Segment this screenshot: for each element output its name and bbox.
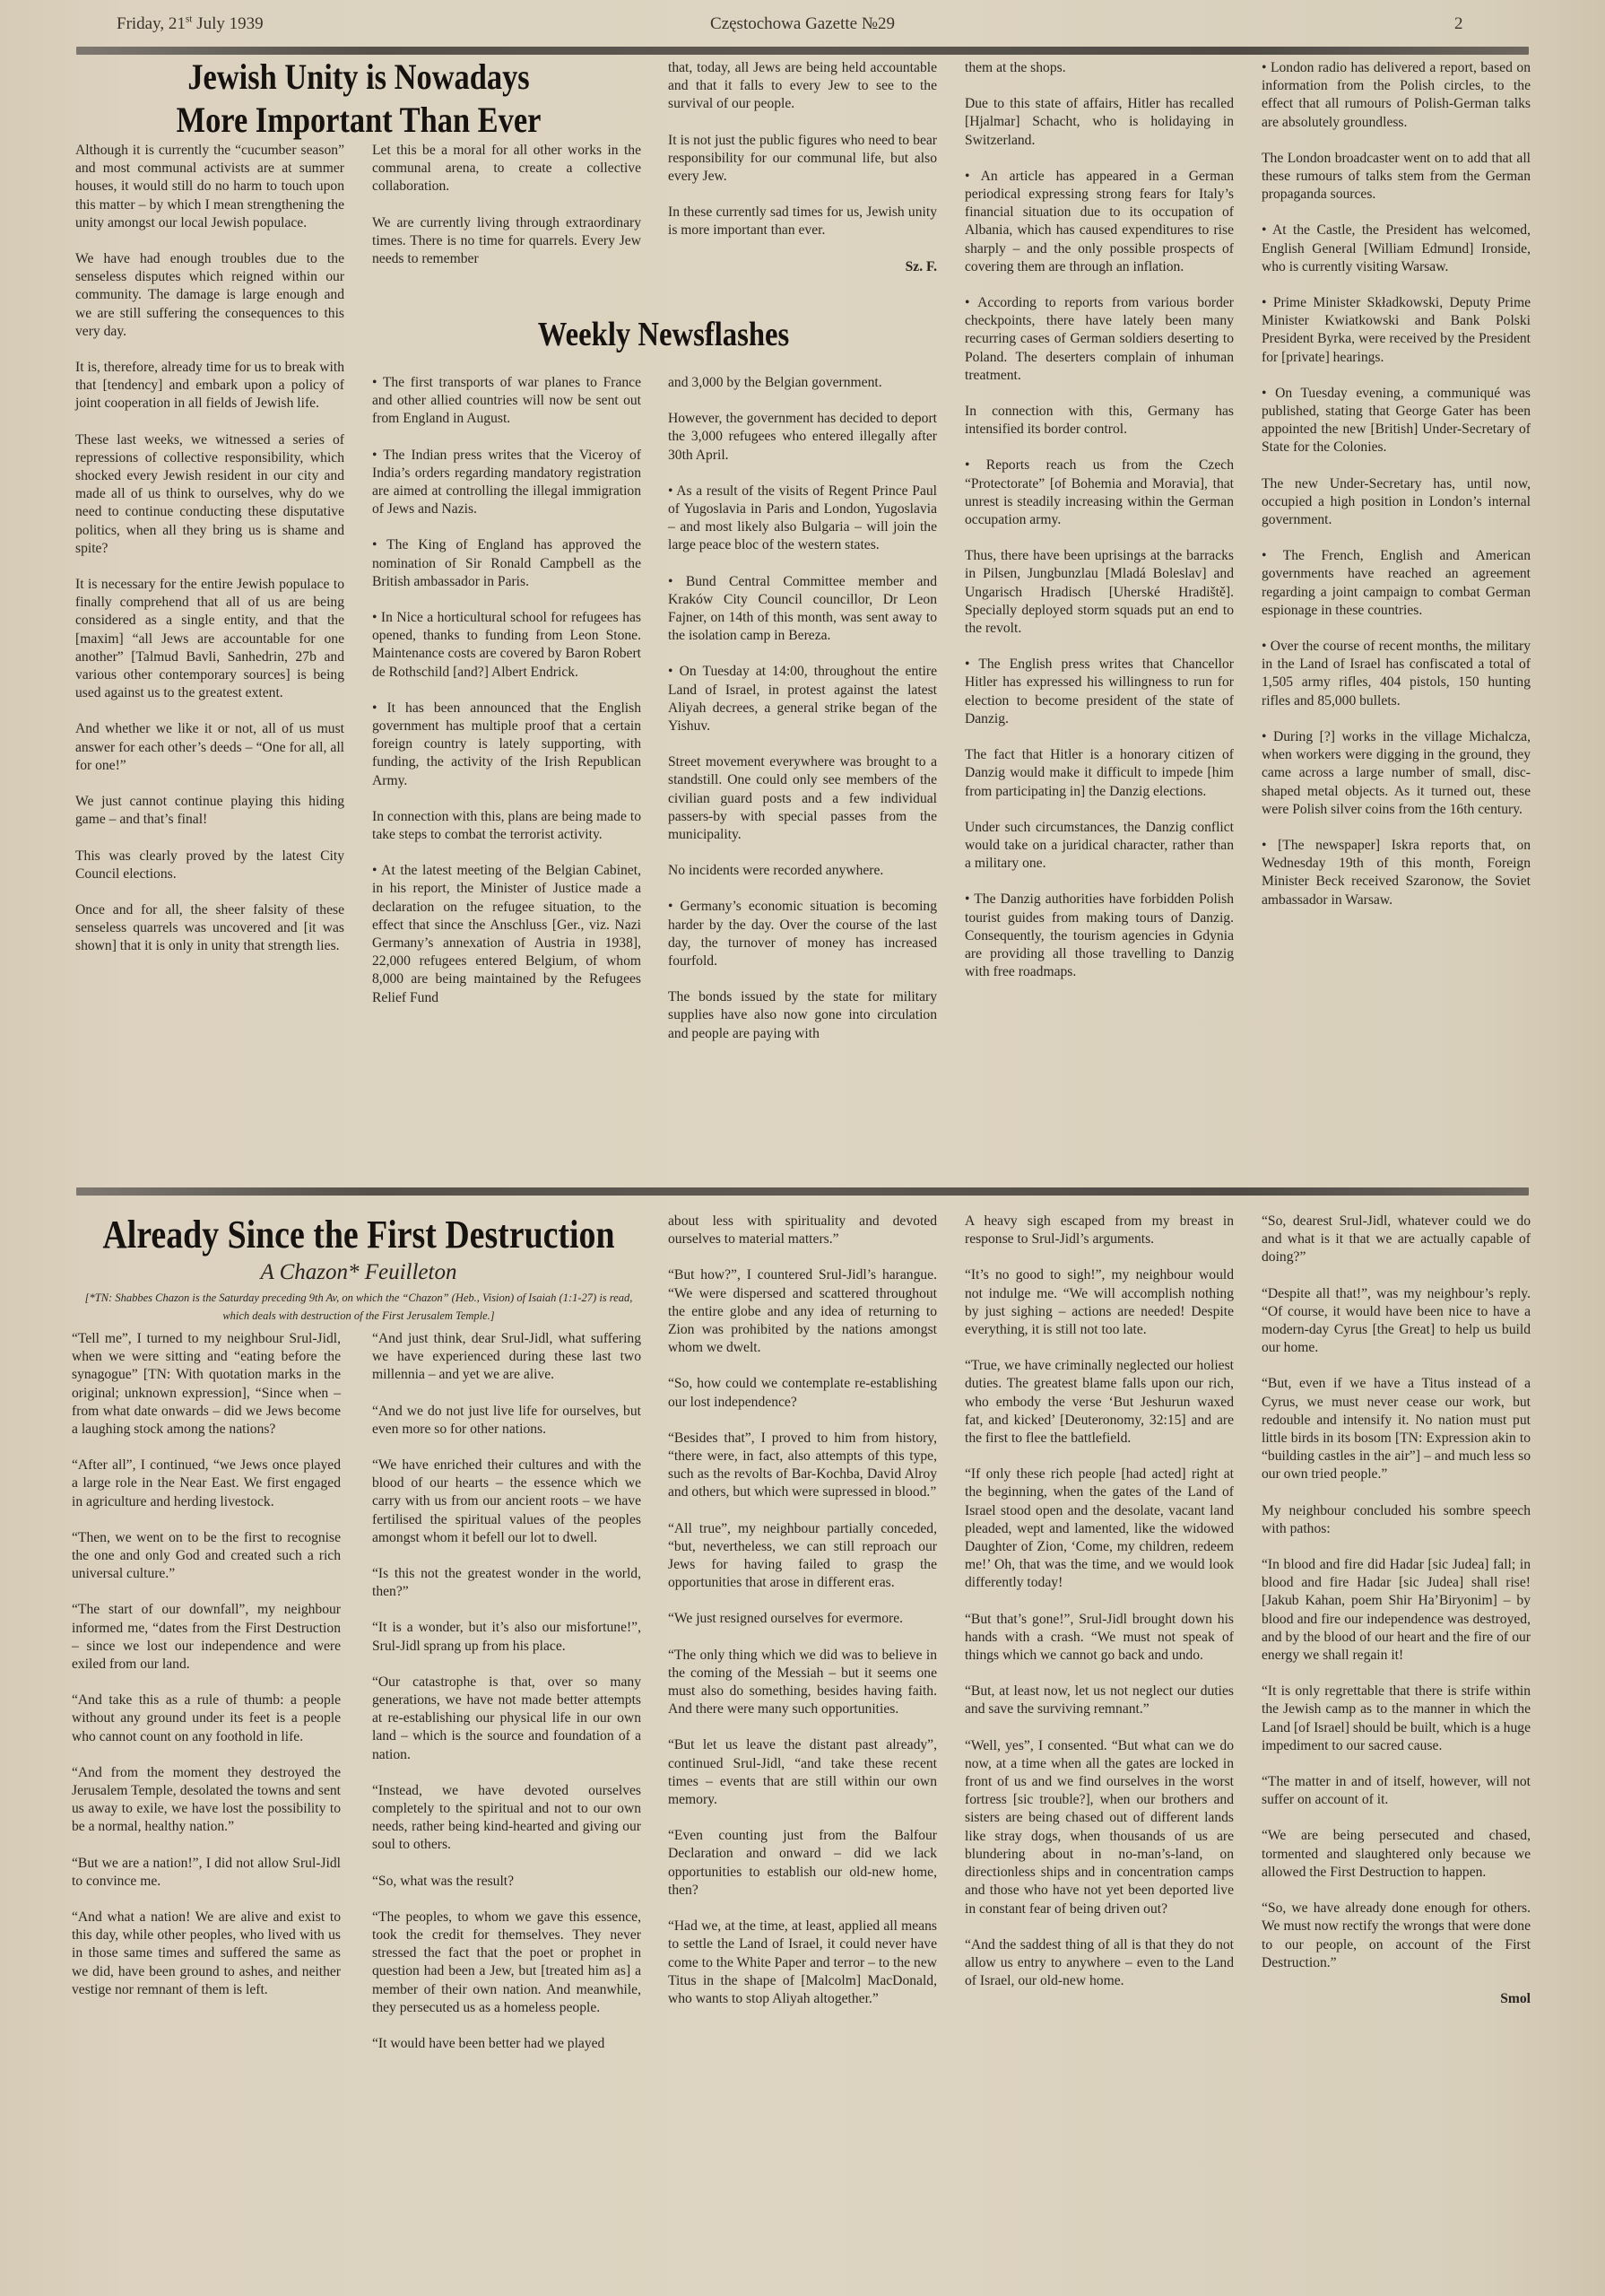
article-column-3: that, today, all Jews are being held acc…: [668, 59, 937, 294]
paragraph: “But, at least now, let us not neglect o…: [965, 1683, 1234, 1718]
paragraph: “So, dearest Srul-Jidl, whatever could w…: [1262, 1213, 1531, 1267]
feuilleton-column-4: A heavy sigh escaped from my breast in r…: [965, 1213, 1234, 2008]
paragraph: “The peoples, to whom we gave this essen…: [372, 1909, 641, 2017]
feuilleton-column-2: “And just think, dear Srul-Jidl, what su…: [372, 1330, 641, 2071]
article-column-3-body: that, today, all Jews are being held acc…: [668, 59, 937, 240]
paragraph: This was clearly proved by the latest Ci…: [75, 848, 344, 883]
paragraph: These last weeks, we witnessed a series …: [75, 431, 344, 558]
paragraph: “If only these rich people [had acted] r…: [965, 1465, 1234, 1592]
newsflashes-column-1: • The first transports of war planes to …: [372, 374, 641, 1025]
paragraph: The bonds issued by the state for milita…: [668, 988, 937, 1043]
paragraph: and 3,000 by the Belgian government.: [668, 374, 937, 392]
page-number: 2: [1454, 14, 1463, 34]
paragraph: • According to reports from various bord…: [965, 294, 1234, 385]
paragraph: Let this be a moral for all other works …: [372, 142, 641, 196]
article-column-1: Although it is currently the “cucumber s…: [75, 142, 344, 974]
paragraph: • On Tuesday at 14:00, throughout the en…: [668, 663, 937, 735]
paragraph: “We are being persecuted and chased, tor…: [1262, 1827, 1531, 1882]
article-headline: Jewish Unity is Nowadays More Important …: [124, 56, 594, 142]
paragraph: • Reports reach us from the Czech “Prote…: [965, 457, 1234, 529]
paragraph: “And take this as a rule of thumb: a peo…: [72, 1692, 341, 1746]
paragraph: “All true”, my neighbour partially conce…: [668, 1520, 937, 1593]
top-divider-rule: [76, 47, 1529, 55]
paragraph: • In Nice a horticultural school for ref…: [372, 609, 641, 682]
paragraph: “In blood and fire did Hadar [sic Judea]…: [1262, 1556, 1531, 1665]
paragraph: “But let us leave the distant past alrea…: [668, 1736, 937, 1809]
newsflashes-headline: Weekly Newsflashes: [417, 315, 910, 354]
paragraph: “We just resigned ourselves for evermore…: [668, 1610, 937, 1628]
paragraph: Street movement everywhere was brought t…: [668, 753, 937, 844]
paragraph: In these currently sad times for us, Jew…: [668, 204, 937, 239]
paragraph: “Is this not the greatest wonder in the …: [372, 1565, 641, 1601]
paragraph: “It’s no good to sigh!”, my neighbour wo…: [965, 1266, 1234, 1339]
paragraph: • As a result of the visits of Regent Pr…: [668, 483, 937, 555]
paragraph: A heavy sigh escaped from my breast in r…: [965, 1213, 1234, 1248]
paragraph: • The first transports of war planes to …: [372, 374, 641, 429]
feuilleton-column-5: “So, dearest Srul-Jidl, whatever could w…: [1262, 1213, 1531, 2026]
paragraph: “Then, we went on to be the first to rec…: [72, 1529, 341, 1584]
paragraph: Once and for all, the sheer falsity of t…: [75, 901, 344, 956]
feuilleton-signature: Smol: [1262, 1990, 1531, 2008]
paragraph: “But how?”, I countered Srul-Jidl’s hara…: [668, 1266, 937, 1357]
paragraph: The fact that Hitler is a honorary citiz…: [965, 746, 1234, 801]
paragraph: • At the latest meeting of the Belgian C…: [372, 862, 641, 1007]
feuilleton-headline: Already Since the First Destruction: [97, 1213, 621, 1257]
paragraph: “Despite all that!”, was my neighbour’s …: [1262, 1285, 1531, 1358]
paragraph: Although it is currently the “cucumber s…: [75, 142, 344, 232]
paragraph: “The start of our downfall”, my neighbou…: [72, 1601, 341, 1674]
paragraph: “Our catastrophe is that, over so many g…: [372, 1674, 641, 1764]
paragraph: • The Danzig authorities have forbidden …: [965, 891, 1234, 981]
paragraph: “Even counting just from the Balfour Dec…: [668, 1827, 937, 1900]
paragraph: “And just think, dear Srul-Jidl, what su…: [372, 1330, 641, 1385]
paragraph: • [The newspaper] Iskra reports that, on…: [1262, 837, 1531, 909]
middle-divider-rule: [76, 1187, 1529, 1196]
paragraph: “And from the moment they destroyed the …: [72, 1764, 341, 1837]
paragraph: It is not just the public figures who ne…: [668, 132, 937, 187]
publication-title: Częstochowa Gazette №29: [0, 14, 1605, 34]
paragraph: “It is a wonder, but it’s also our misfo…: [372, 1619, 641, 1655]
paragraph: “But that’s gone!”, Srul-Jidl brought do…: [965, 1611, 1234, 1665]
headline-line-1: Jewish Unity is Nowadays: [124, 56, 594, 99]
paragraph: Thus, there have been uprisings at the b…: [965, 547, 1234, 638]
newsflashes-column-2: and 3,000 by the Belgian government.Howe…: [668, 374, 937, 1061]
paragraph: “Had we, at the time, at least, applied …: [668, 1918, 937, 2008]
paragraph: “Instead, we have devoted ourselves comp…: [372, 1782, 641, 1855]
feuilleton-column-5-body: “So, dearest Srul-Jidl, whatever could w…: [1262, 1213, 1531, 1972]
paragraph: Under such circumstances, the Danzig con…: [965, 819, 1234, 874]
paragraph: “The only thing which we did was to beli…: [668, 1647, 937, 1719]
paragraph: Due to this state of affairs, Hitler has…: [965, 95, 1234, 150]
feuilleton-subtitle: A Chazon* Feuilleton: [72, 1260, 646, 1285]
paragraph: The new Under-Secretary has, until now, …: [1262, 475, 1531, 530]
paragraph: We have had enough troubles due to the s…: [75, 250, 344, 341]
paragraph: • It has been announced that the English…: [372, 700, 641, 790]
paragraph: “True, we have criminally neglected our …: [965, 1357, 1234, 1448]
paragraph: • The English press writes that Chancell…: [965, 656, 1234, 728]
paragraph: “And we do not just live life for oursel…: [372, 1403, 641, 1439]
paragraph: “It is only regrettable that there is st…: [1262, 1683, 1531, 1755]
paragraph: • Over the course of recent months, the …: [1262, 638, 1531, 710]
paragraph: “Well, yes”, I consented. “But what can …: [965, 1737, 1234, 1918]
paragraph: “But, even if we have a Titus instead of…: [1262, 1375, 1531, 1483]
paragraph: It is necessary for the entire Jewish po…: [75, 576, 344, 702]
paragraph: • Bund Central Committee member and Krak…: [668, 573, 937, 646]
article-signature: Sz. F.: [668, 258, 937, 276]
paragraph: • At the Castle, the President has welco…: [1262, 222, 1531, 276]
newsflashes-column-4: • London radio has delivered a report, b…: [1262, 59, 1531, 927]
paragraph: No incidents were recorded anywhere.: [668, 862, 937, 880]
translator-note: [*TN: Shabbes Chazon is the Saturday pre…: [72, 1289, 646, 1325]
paragraph: In connection with this, Germany has int…: [965, 403, 1234, 439]
headline-line-2: More Important Than Ever: [124, 99, 594, 142]
paragraph: • On Tuesday evening, a communiqué was p…: [1262, 385, 1531, 457]
paragraph: • During [?] works in the village Michal…: [1262, 728, 1531, 819]
paragraph: that, today, all Jews are being held acc…: [668, 59, 937, 114]
paragraph: • An article has appeared in a German pe…: [965, 168, 1234, 276]
paragraph: We just cannot continue playing this hid…: [75, 793, 344, 829]
paragraph: The London broadcaster went on to add th…: [1262, 150, 1531, 204]
paragraph: • The French, English and American gover…: [1262, 547, 1531, 620]
paragraph: • Prime Minister Składkowski, Deputy Pri…: [1262, 294, 1531, 367]
feuilleton-column-1: “Tell me”, I turned to my neighbour Srul…: [72, 1330, 341, 2017]
paragraph: “After all”, I continued, “we Jews once …: [72, 1457, 341, 1511]
paragraph: “Tell me”, I turned to my neighbour Srul…: [72, 1330, 341, 1439]
paragraph: We are currently living through extraord…: [372, 214, 641, 269]
paragraph: • Germany’s economic situation is becomi…: [668, 898, 937, 970]
paragraph: “So, how could we contemplate re-establi…: [668, 1375, 937, 1411]
feuilleton-column-3: about less with spirituality and devoted…: [668, 1213, 937, 2026]
paragraph: • The Indian press writes that the Vicer…: [372, 447, 641, 519]
paragraph: However, the government has decided to d…: [668, 410, 937, 465]
paragraph: “It would have been better had we played: [372, 2035, 641, 2053]
paragraph: My neighbour concluded his sombre speech…: [1262, 1502, 1531, 1538]
paragraph: In connection with this, plans are being…: [372, 808, 641, 844]
paragraph: • London radio has delivered a report, b…: [1262, 59, 1531, 132]
paragraph: “We have enriched their cultures and wit…: [372, 1457, 641, 1547]
paragraph: “But we are a nation!”, I did not allow …: [72, 1855, 341, 1891]
paragraph: “Besides that”, I proved to him from his…: [668, 1430, 937, 1502]
paragraph: “So, what was the result?: [372, 1873, 641, 1891]
newsflashes-column-3: them at the shops.Due to this state of a…: [965, 59, 1234, 999]
paragraph: “And what a nation! We are alive and exi…: [72, 1909, 341, 1999]
paragraph: • The King of England has approved the n…: [372, 536, 641, 591]
paragraph: “The matter in and of itself, however, w…: [1262, 1773, 1531, 1809]
paragraph: them at the shops.: [965, 59, 1234, 77]
paragraph: about less with spirituality and devoted…: [668, 1213, 937, 1248]
paragraph: “And the saddest thing of all is that th…: [965, 1936, 1234, 1991]
paragraph: “So, we have already done enough for oth…: [1262, 1900, 1531, 1972]
paragraph: It is, therefore, already time for us to…: [75, 359, 344, 413]
article-column-2: Let this be a moral for all other works …: [372, 142, 641, 286]
paragraph: And whether we like it or not, all of us…: [75, 720, 344, 775]
